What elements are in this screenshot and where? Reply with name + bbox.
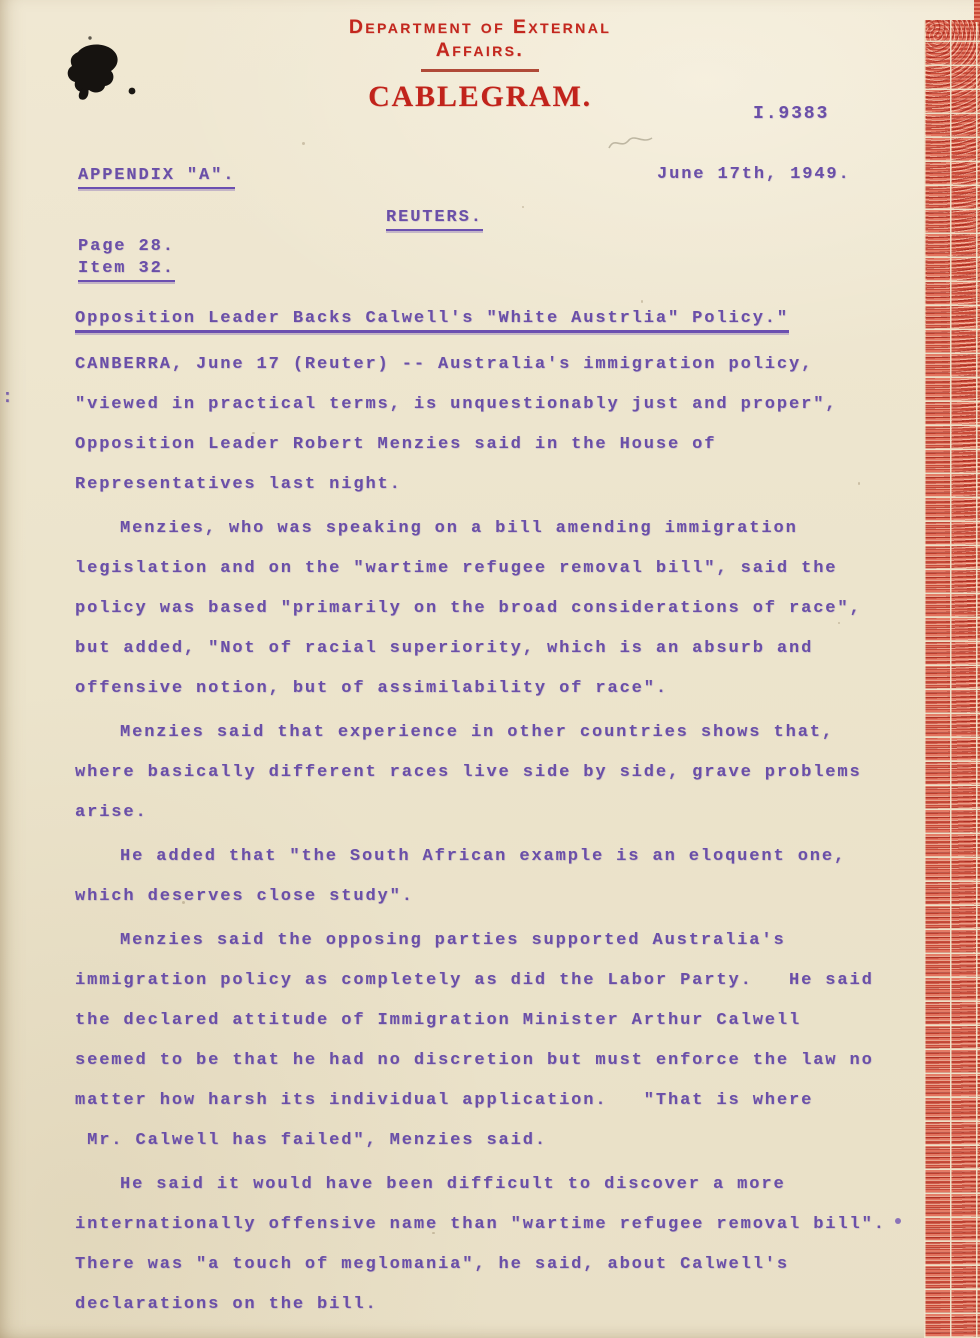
page-reference: Page 28. xyxy=(78,237,175,256)
paper-speck xyxy=(182,901,185,904)
letterhead: Department of External Affairs. CABLEGRA… xyxy=(310,16,650,114)
paper-speck xyxy=(858,482,860,485)
pencil-mark xyxy=(605,130,657,156)
ink-dot xyxy=(895,1218,901,1224)
department-title: Department of External Affairs. xyxy=(310,16,650,62)
typed-line: the declared attitude of Immigration Min… xyxy=(75,1001,885,1041)
typed-line: There was "a touch of meglomania", he sa… xyxy=(75,1245,885,1285)
margin-ink-mark: : xyxy=(2,388,15,408)
typed-line: but added, "Not of racial superiority, w… xyxy=(75,629,885,669)
headline: Opposition Leader Backs Calwell's "White… xyxy=(75,309,789,328)
typed-line: Opposition Leader Robert Menzies said in… xyxy=(75,425,885,465)
paper-speck xyxy=(838,622,840,624)
paper-speck xyxy=(252,432,255,434)
typed-line: seemed to be that he had no discretion b… xyxy=(75,1041,885,1081)
item-reference-text: Item 32. xyxy=(78,259,175,282)
article-body: CANBERRA, June 17 (Reuter) -- Australia'… xyxy=(75,345,885,1325)
typed-line: He added that "the South African example… xyxy=(75,837,885,877)
paper-speck xyxy=(432,1232,435,1234)
typed-line: Menzies, who was speaking on a bill amen… xyxy=(75,509,885,549)
typed-line: declarations on the bill. xyxy=(75,1285,885,1325)
typed-line: CANBERRA, June 17 (Reuter) -- Australia'… xyxy=(75,345,885,385)
typed-line: arise. xyxy=(75,793,885,833)
typed-line: Menzies said that experience in other co… xyxy=(75,713,885,753)
headline-text: Opposition Leader Backs Calwell's "White… xyxy=(75,309,789,333)
paper-speck xyxy=(641,300,643,303)
typed-line: matter how harsh its individual applicat… xyxy=(75,1081,885,1121)
reference-number: I.9383 xyxy=(753,104,829,124)
typed-line: internationally offensive name than "war… xyxy=(75,1205,885,1245)
typed-line: "viewed in practical terms, is unquestio… xyxy=(75,385,885,425)
letterhead-divider xyxy=(421,69,539,72)
appendix-label: APPENDIX "A". xyxy=(78,166,235,185)
typed-line: Representatives last night. xyxy=(75,465,885,505)
ink-blot xyxy=(50,32,145,112)
item-reference: Item 32. xyxy=(78,259,175,278)
paper-speck xyxy=(522,206,524,208)
typed-line: Menzies said the opposing parties suppor… xyxy=(75,921,885,961)
document-type-title: CABLEGRAM. xyxy=(310,80,650,114)
date: June 17th, 1949. xyxy=(657,165,851,184)
typed-line: policy was based "primarily on the broad… xyxy=(75,589,885,629)
stamp-pattern-border xyxy=(924,20,980,1338)
typed-line: which deserves close study". xyxy=(75,877,885,917)
typed-line: legislation and on the "wartime refugee … xyxy=(75,549,885,589)
typed-line: offensive notion, but of assimilability … xyxy=(75,669,885,709)
typed-line: where basically different races live sid… xyxy=(75,753,885,793)
paper-speck xyxy=(562,772,564,774)
appendix-label-text: APPENDIX "A". xyxy=(78,166,235,189)
typed-line: immigration policy as completely as did … xyxy=(75,961,885,1001)
paper-speck xyxy=(302,142,305,145)
stamp-pattern-border-sliver xyxy=(974,0,980,22)
paper-speck xyxy=(702,1062,704,1064)
typed-line: He said it would have been difficult to … xyxy=(75,1165,885,1205)
cablegram-page: Department of External Affairs. CABLEGRA… xyxy=(0,0,980,1338)
source-label-text: REUTERS. xyxy=(386,208,483,231)
typed-line: Mr. Calwell has failed", Menzies said. xyxy=(75,1121,885,1161)
source-label: REUTERS. xyxy=(386,208,483,227)
